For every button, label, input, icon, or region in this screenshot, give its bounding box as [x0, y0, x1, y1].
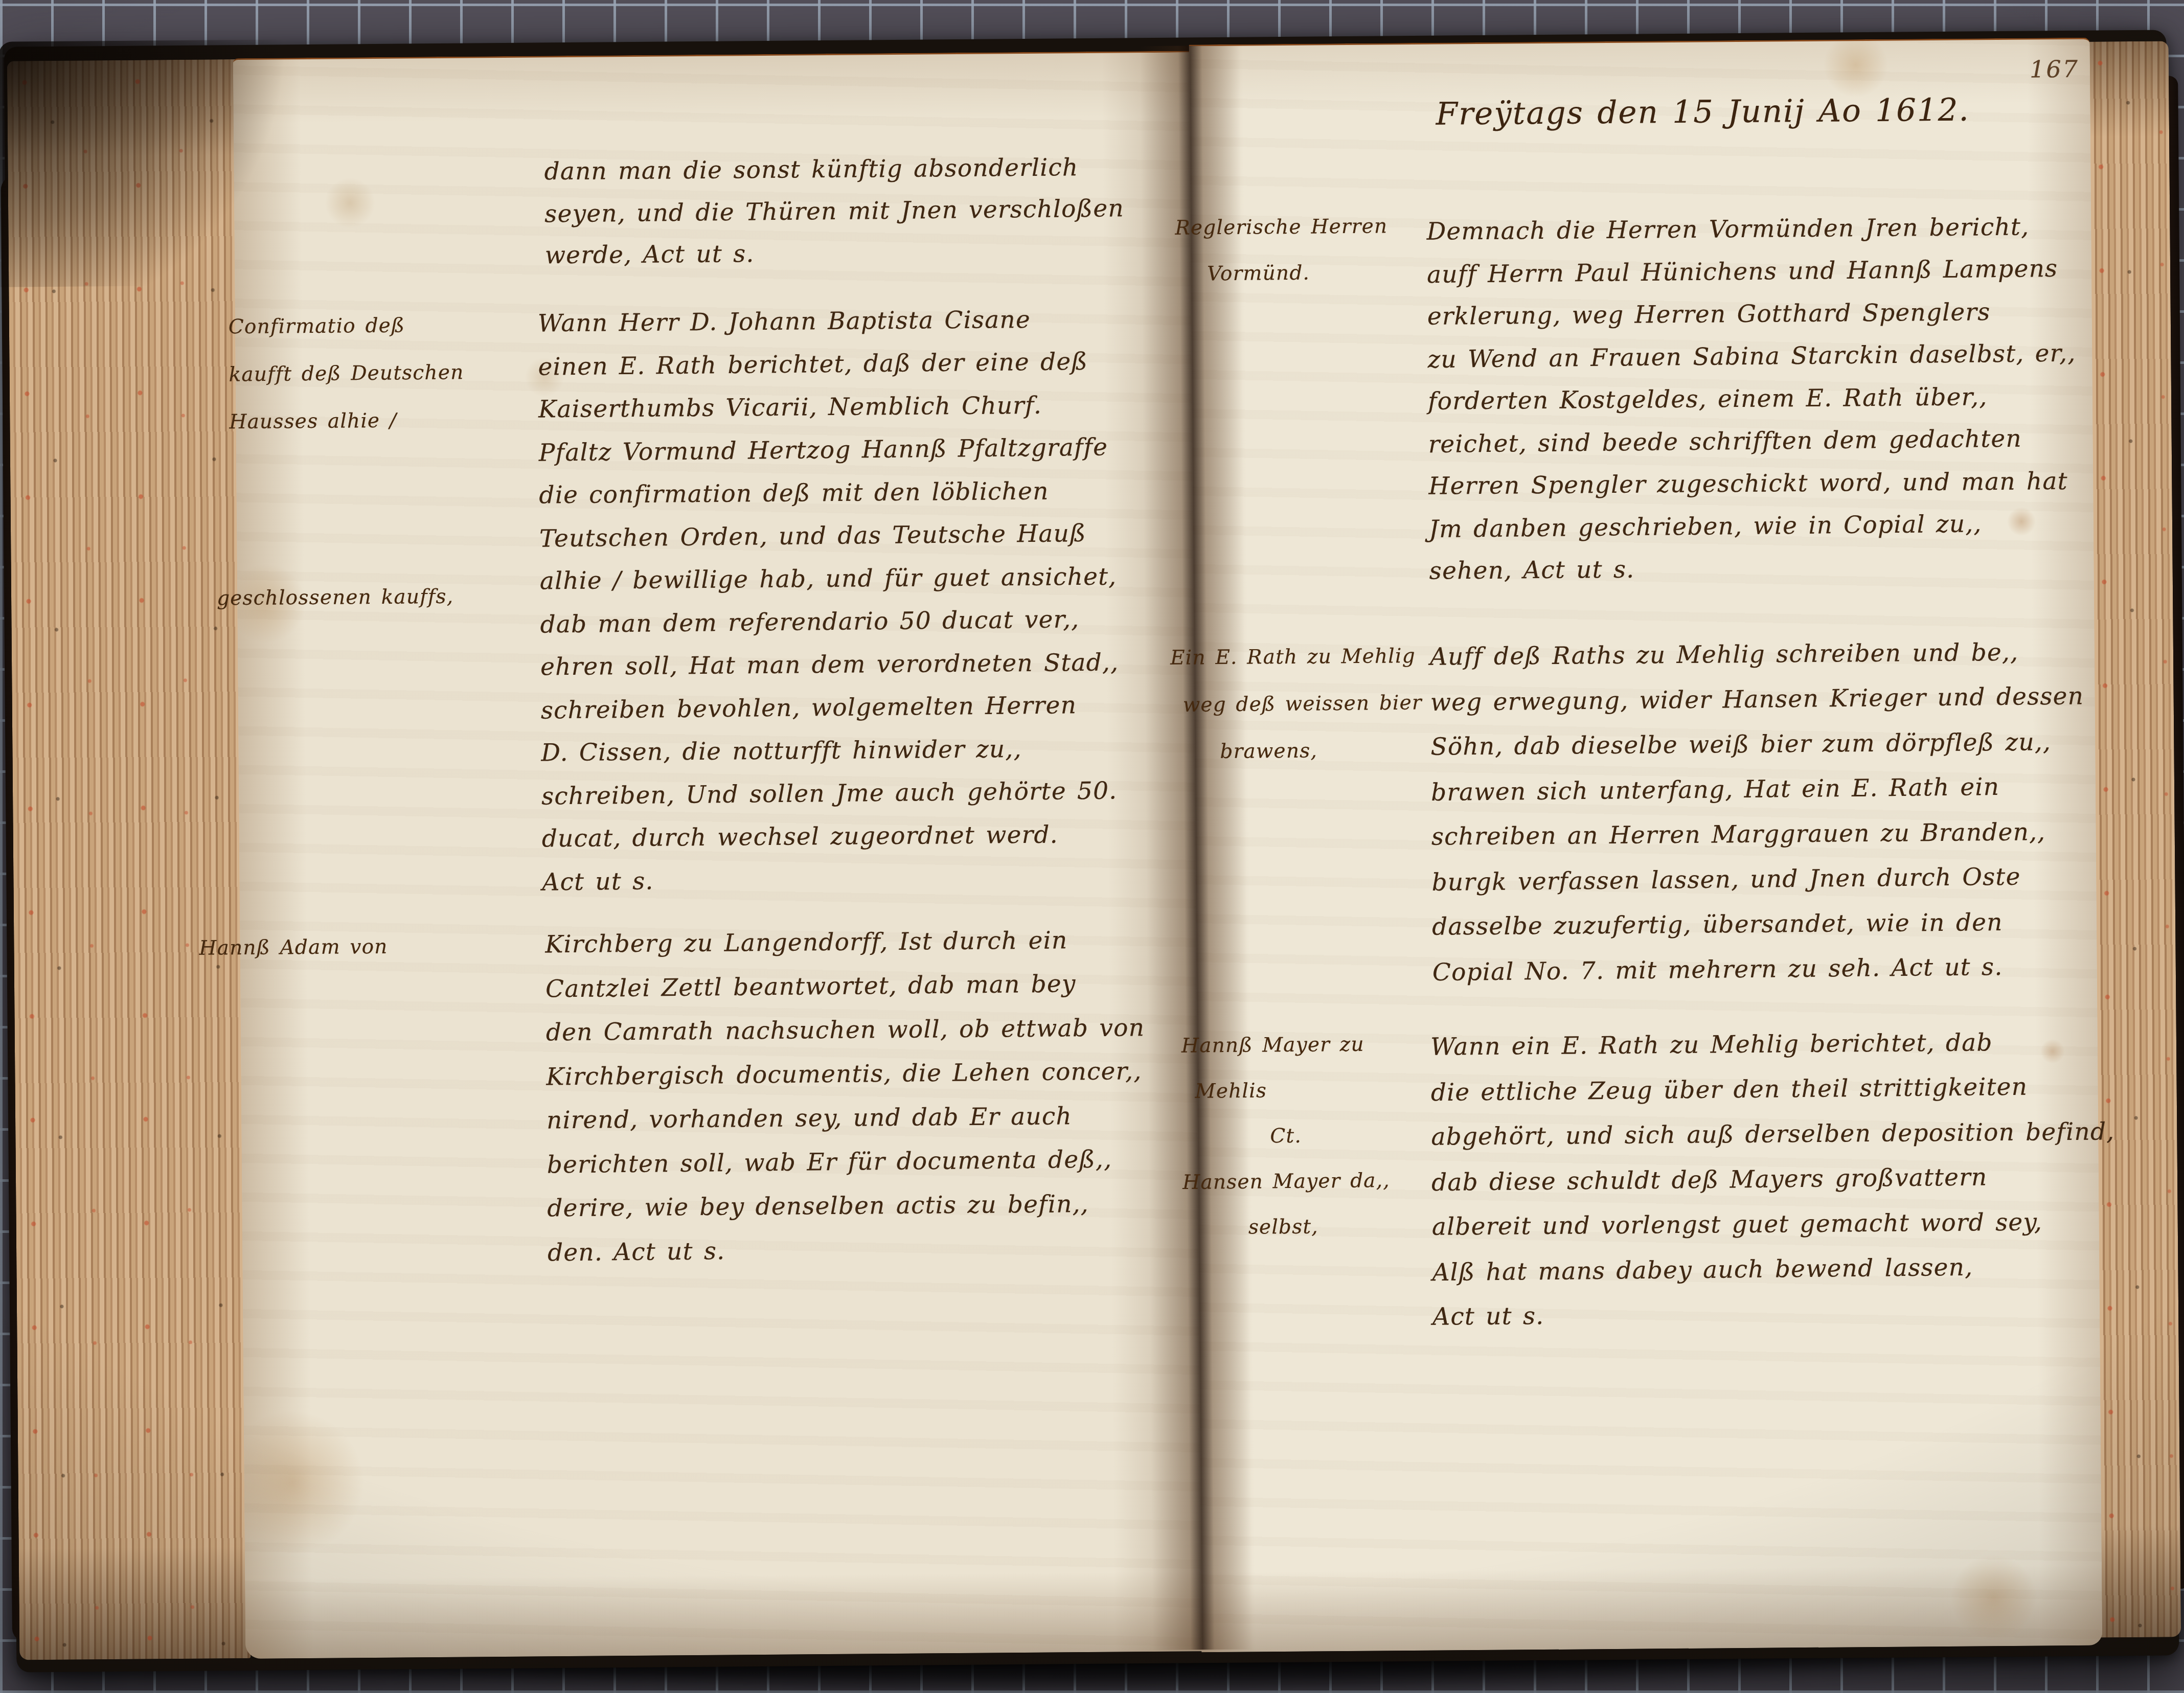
text-line: Hansen Mayer da,, — [1182, 1158, 1391, 1205]
text-line: seyen, und die Thüren mit Jnen verschloß… — [544, 188, 1124, 235]
text-line: Jm danben geschrieben, wie in Copial zu,… — [1429, 502, 2078, 551]
text-line: schreiben bevohlen, wolgemelten Herren — [540, 683, 1119, 732]
text-line: Vormünd. — [1207, 249, 1389, 298]
text-line: die ettliche Zeug über den theil stritti… — [1430, 1064, 2114, 1115]
text-line: albereit und vorlengst guet gemacht word… — [1431, 1199, 2115, 1249]
text-line: ducat, durch wechsel zugeordnet werd. — [541, 813, 1120, 861]
left-entry-2-margin-note-2: geschlossenen kauffs, — [217, 574, 454, 622]
date-heading: Freÿtags den 15 Junij Ao 1612. — [1436, 91, 1970, 132]
text-line: Hannß Adam von — [199, 924, 388, 972]
text-line: Wann ein E. Rath zu Mehlig berichtet, da… — [1430, 1019, 2114, 1069]
red-speckled-edge — [7, 59, 251, 1660]
text-line: sehen, Act ut s. — [1429, 545, 2078, 592]
text-line: selbst, — [1248, 1203, 1390, 1250]
text-line: abgehört, und sich auß derselben deposit… — [1431, 1109, 2114, 1159]
text-line: Ein E. Rath zu Mehlig — [1170, 633, 1422, 682]
text-line: Hannß Mayer zu — [1181, 1021, 1389, 1068]
text-line: werde, Act ut s. — [544, 230, 1124, 277]
text-line: dann man die sonst künftig absonderlich — [544, 146, 1124, 193]
text-line: auff Herrn Paul Hünichens und Hannß Lamp… — [1427, 247, 2076, 296]
text-line: forderten Kostgeldes, einem E. Rath über… — [1428, 375, 2077, 423]
text-line: Reglerische Herren — [1175, 203, 1387, 251]
left-page-block-fore-edge — [7, 59, 251, 1660]
text-line: brawen sich unterfang, Hat ein E. Rath e… — [1431, 764, 2085, 815]
text-line: Hausses alhie / — [229, 397, 464, 446]
text-line: weg erwegung, wider Hansen Krieger und d… — [1430, 674, 2084, 725]
text-line: Ct. — [1270, 1112, 1390, 1159]
text-line: derire, wie bey denselben actis zu befin… — [547, 1182, 1146, 1230]
text-line: alhie / bewillige hab, und für guet ansi… — [539, 556, 1118, 603]
text-line: Teutschen Orden, und das Teutsche Hauß — [539, 512, 1118, 560]
text-line: einen E. Rath berichtet, daß der eine de… — [538, 340, 1117, 388]
right-entry-3-margin-note: Hannß Mayer zuMehlisCt.Hansen Mayer da,,… — [1181, 1021, 1391, 1250]
text-line: Wann Herr D. Johann Baptista Cisane — [538, 298, 1117, 346]
open-book: dann man die sonst künftig absonderlichs… — [4, 30, 2179, 1672]
text-line: dab diese schuldt deß Mayers großvattern — [1431, 1154, 2115, 1205]
text-line: schreiben an Herren Marggrauen zu Brande… — [1431, 810, 2085, 860]
text-line: Demnach die Herren Vormünden Jren berich… — [1426, 205, 2075, 253]
text-line: dasselbe zuzufertig, übersandet, wie in … — [1432, 900, 2086, 950]
text-line: Act ut s. — [542, 855, 1121, 904]
text-line: Pfaltz Vormund Hertzog Hannß Pfaltzgraff… — [538, 426, 1117, 474]
text-line: reichet, sind beede schrifften dem gedac… — [1428, 417, 2077, 466]
right-entry-2-text: Auff deß Raths zu Mehlig schreiben und b… — [1430, 630, 2086, 995]
text-line: Auff deß Raths zu Mehlig schreiben und b… — [1430, 630, 2084, 680]
text-line: berichten soll, wab Er für documenta deß… — [547, 1137, 1146, 1187]
right-entry-2-margin-note: Ein E. Rath zu Mehligweg deß weissen bie… — [1170, 633, 1423, 776]
text-line: den Camrath nachsuchen woll, ob ettwab v… — [545, 1006, 1145, 1055]
left-entry-1-text: dann man die sonst künftig absonderlichs… — [544, 146, 1124, 277]
text-line: Söhn, dab dieselbe weiß bier zum dörpfle… — [1430, 720, 2084, 770]
text-line: Kirchberg zu Langendorff, Ist durch ein — [545, 918, 1144, 967]
text-line: Cantzlei Zettl beantwortet, dab man bey — [545, 962, 1145, 1012]
photo-of-open-manuscript-book: dann man die sonst künftig absonderlichs… — [0, 0, 2184, 1693]
text-line: Act ut s. — [1432, 1289, 2116, 1339]
text-line: weg deß weissen bier — [1182, 679, 1422, 729]
text-line: brawens, — [1220, 727, 1423, 775]
text-line: Confirmatio deß — [229, 302, 464, 351]
text-line: dab man dem referendario 50 ducat ver,, — [540, 598, 1119, 646]
text-line: D. Cissen, die notturfft hinwider zu,, — [541, 727, 1120, 775]
text-line: die confirmation deß mit den löblichen — [539, 470, 1118, 517]
text-line: Herren Spengler zugeschickt word, und ma… — [1428, 460, 2077, 508]
text-line: kaufft deß Deutschen — [229, 349, 464, 399]
text-line: ehren soll, Hat man dem verordneten Stad… — [540, 642, 1119, 689]
text-line: Kirchbergisch documentis, die Lehen conc… — [546, 1049, 1145, 1100]
right-entry-1-margin-note: Reglerische HerrenVormünd. — [1175, 203, 1388, 297]
folio-page-number: 167 — [2030, 55, 2079, 83]
text-line: zu Wend an Frauen Sabina Starckin daselb… — [1427, 332, 2076, 381]
text-line: burgk verfassen lassen, und Jnen durch O… — [1431, 854, 2085, 905]
text-line: Mehlis — [1195, 1067, 1390, 1114]
text-line: schreiben, Und sollen Jme auch gehörte 5… — [541, 769, 1120, 818]
text-line: erklerung, weg Herren Gotthard Spenglers — [1427, 290, 2076, 338]
left-entry-3-text: Kirchberg zu Langendorff, Ist durch einC… — [545, 918, 1147, 1274]
text-line: nirend, vorhanden sey, und dab Er auch — [547, 1094, 1146, 1142]
text-line: den. Act ut s. — [548, 1225, 1147, 1275]
right-entry-3-text: Wann ein E. Rath zu Mehlig berichtet, da… — [1430, 1019, 2117, 1339]
left-entry-3-margin-note: Hannß Adam von — [199, 924, 388, 972]
text-line: geschlossenen kauffs, — [217, 574, 454, 622]
text-line: Copial No. 7. mit mehrern zu seh. Act ut… — [1432, 944, 2086, 995]
left-entry-2-text: Wann Herr D. Johann Baptista Cisaneeinen… — [538, 298, 1121, 904]
text-line: Alß hat mans dabey auch bewend lassen, — [1432, 1244, 2116, 1295]
text-line: Kaiserthumbs Vicarii, Nemblich Churf. — [538, 384, 1117, 431]
left-entry-2-margin-note: Confirmatio deßkaufft deß DeutschenHauss… — [229, 302, 465, 446]
right-entry-1-text: Demnach die Herren Vormünden Jren berich… — [1426, 205, 2078, 592]
